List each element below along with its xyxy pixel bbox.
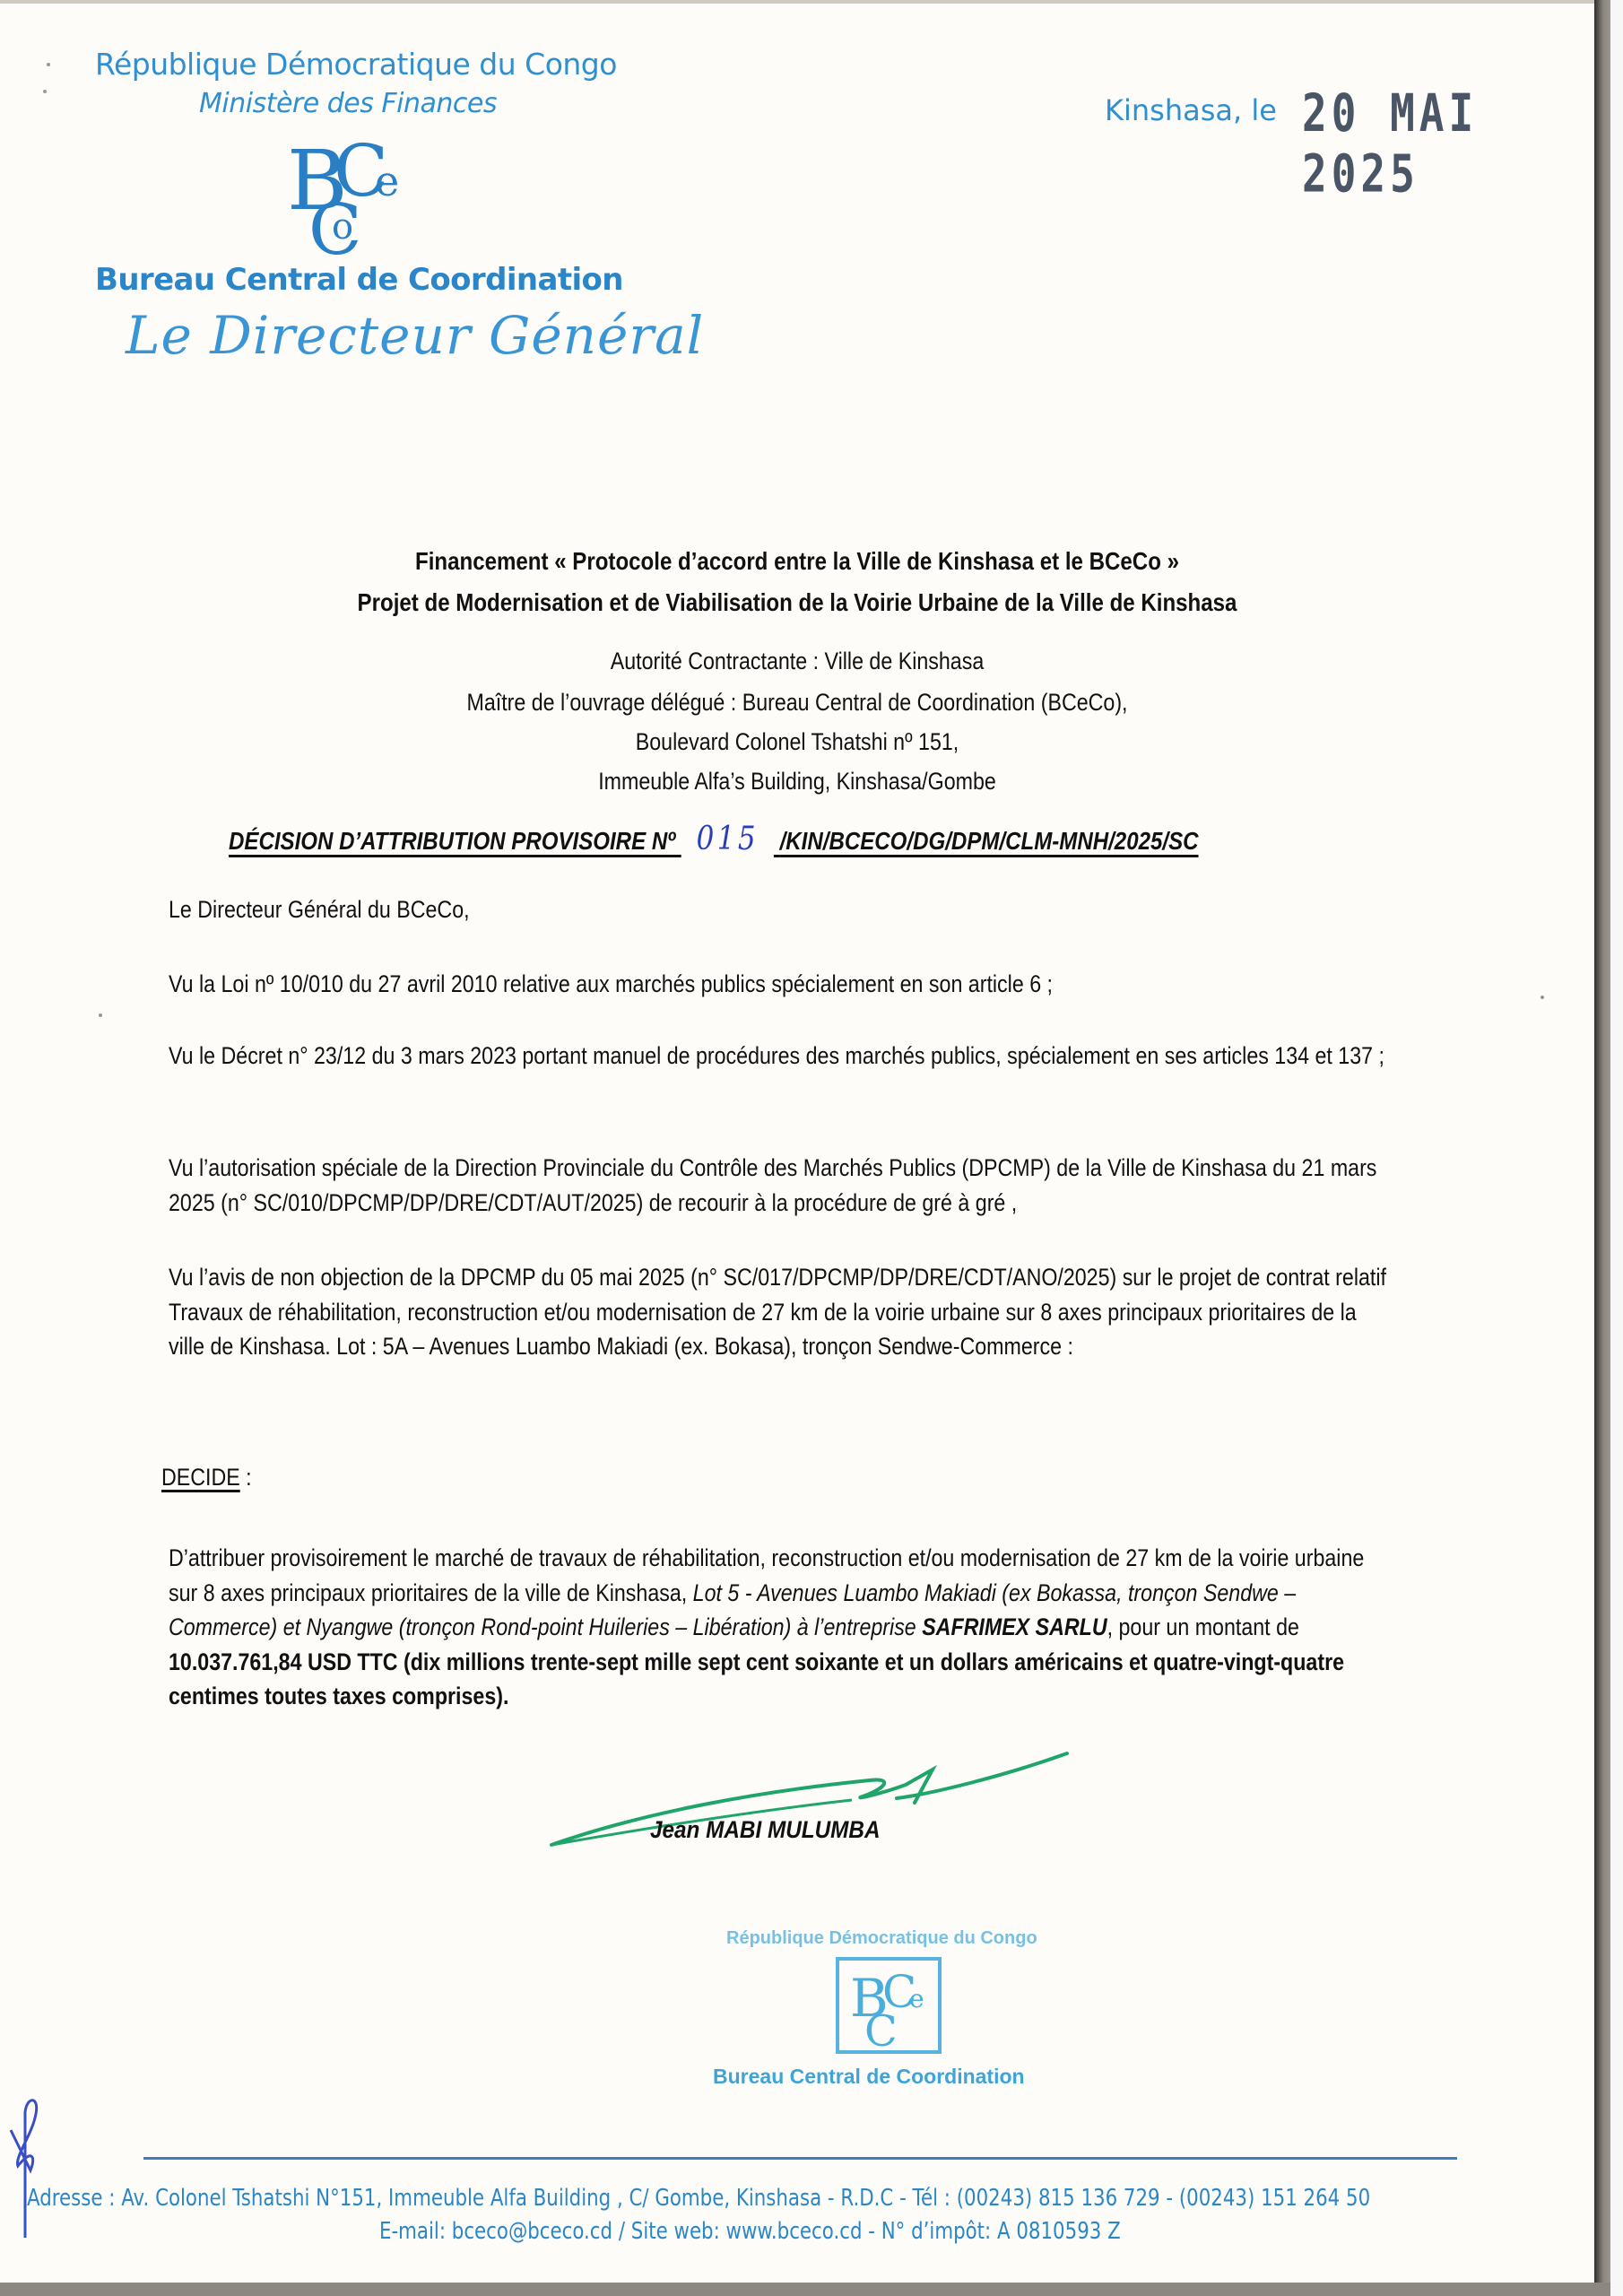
scan-speck <box>47 63 50 66</box>
footer-contact: E-mail: bceco@bceco.cd / Site web: www.b… <box>379 2218 1121 2245</box>
scan-bottom-edge <box>0 2283 1610 2296</box>
scan-right-edge <box>1594 0 1610 2296</box>
decide-colon: : <box>240 1464 252 1491</box>
handwritten-decision-number: 015 <box>681 821 774 857</box>
svg-text:e: e <box>909 1984 924 2013</box>
scan-speck <box>1541 996 1544 999</box>
contract-amount: 10.037.761,84 USD TTC (dix millions tren… <box>169 1648 1344 1710</box>
law-citation: Vu la Loi nº 10/010 du 27 avril 2010 rel… <box>169 967 1387 1002</box>
scan-speck <box>99 1013 102 1017</box>
letterhead-country: République Démocratique du Congo <box>95 47 617 82</box>
authorization-citation: Vu l’autorisation spéciale de la Directi… <box>169 1151 1387 1220</box>
letterhead-director-title: Le Directeur Général <box>126 305 704 366</box>
bceco-logo-icon: B C e C o <box>269 133 421 258</box>
decide-heading: DECIDE : <box>161 1464 252 1492</box>
intro-paragraph: Le Directeur Général du BCeCo, <box>169 892 1387 927</box>
svg-text:e: e <box>375 157 399 205</box>
decision-prefix: DÉCISION D’ATTRIBUTION PROVISOIRE Nº <box>229 827 675 855</box>
decision-text-amount-intro: , pour un montant de <box>1107 1613 1299 1640</box>
stamp-country: République Démocratique du Congo <box>726 1928 1037 1949</box>
letterhead-ministry: Ministère des Finances <box>199 88 497 119</box>
decide-label: DECIDE <box>161 1464 240 1491</box>
letterhead-bureau: Bureau Central de Coordination <box>95 262 623 298</box>
decision-reference: DÉCISION D’ATTRIBUTION PROVISOIRE Nº 015… <box>229 821 1199 857</box>
project-heading: Projet de Modernisation et de Viabilisat… <box>111 588 1482 617</box>
dateline-place: Kinshasa, le <box>1105 93 1277 127</box>
scan-speck <box>43 90 47 93</box>
decree-citation: Vu le Décret n° 23/12 du 3 mars 2023 por… <box>169 1039 1387 1074</box>
delegated-owner: Maître de l’ouvrage délégué : Bureau Cen… <box>111 689 1482 717</box>
owner-address-line-1: Boulevard Colonel Tshatshi nº 151, <box>111 728 1482 756</box>
stamp-bureau: Bureau Central de Coordination <box>713 2065 1025 2089</box>
decision-paragraph: D’attribuer provisoirement le marché de … <box>169 1541 1387 1714</box>
contracting-authority: Autorité Contractante : Ville de Kinshas… <box>111 648 1482 675</box>
date-stamp: 20 MAI 2025 <box>1302 83 1594 204</box>
handwritten-initials-icon <box>5 2094 46 2274</box>
svg-text:C: C <box>864 2006 898 2050</box>
official-stamp: République Démocratique du Congo B C e C… <box>699 1919 1076 2099</box>
decision-suffix: /KIN/BCECO/DG/DPM/CLM-MNH/2025/SC <box>780 827 1199 855</box>
stamp-logo-box: B C e C <box>836 1957 942 2054</box>
no-objection-citation: Vu l’avis de non objection de la DPCMP d… <box>169 1260 1387 1364</box>
svg-text:o: o <box>332 206 353 248</box>
document-page: République Démocratique du Congo Ministè… <box>0 0 1594 2283</box>
scan-top-edge <box>0 0 1594 4</box>
footer-address: Adresse : Av. Colonel Tshatshi N°151, Im… <box>27 2185 1370 2212</box>
footer-divider <box>143 2157 1457 2160</box>
contractor-name: SAFRIMEX SARLU <box>922 1613 1107 1640</box>
signatory-name: Jean MABI MULUMBA <box>650 1816 881 1844</box>
scan-margin <box>1610 0 1623 2296</box>
financing-heading: Financement « Protocole d’accord entre l… <box>111 547 1482 576</box>
owner-address-line-2: Immeuble Alfa’s Building, Kinshasa/Gombe <box>111 768 1482 796</box>
stamp-logo-icon: B C e C <box>839 1961 938 2050</box>
